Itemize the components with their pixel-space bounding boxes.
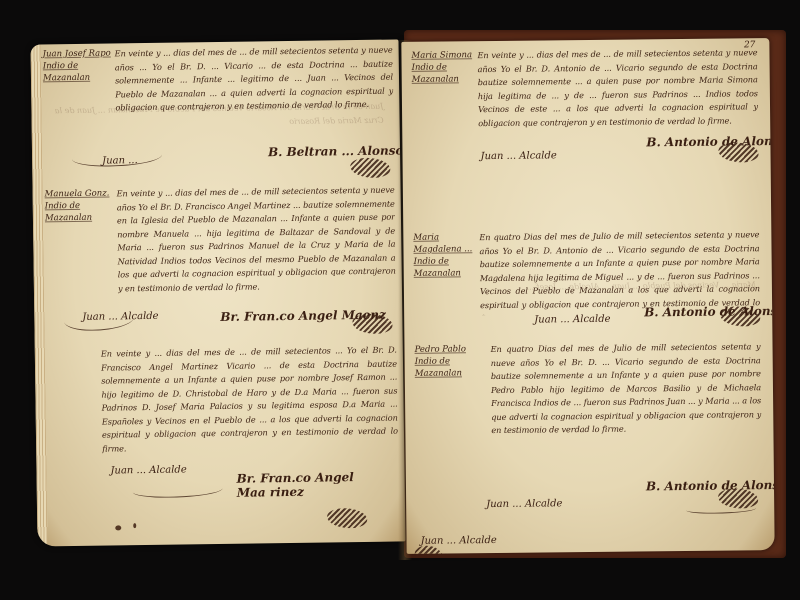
entry-text: En veinte y ... dias del mes de ... de m… — [101, 344, 399, 458]
signature: Juan ... Alcalde — [110, 464, 186, 476]
ink-stain — [133, 523, 136, 528]
ink-stain — [115, 525, 121, 530]
flourish-icon — [686, 504, 756, 514]
entry-margin-name: Juan Josef Rapo Indio de Mazanalan — [43, 47, 113, 84]
flourish-icon — [72, 147, 162, 167]
open-manuscript-book: Juan de la Cruz Maria del Rosario Vecino… — [0, 0, 800, 600]
baptism-entry: Juan Josef Rapo Indio de Mazanalan En ve… — [31, 39, 401, 184]
baptism-entry: En veinte y ... dias del mes de ... de m… — [35, 339, 406, 544]
flourish-icon — [133, 482, 223, 498]
entry-margin-name: Maria Magdalena ... Indio de Mazanalan — [413, 231, 483, 280]
signature: Juan ... Alcalde — [486, 498, 562, 510]
signature: Br. Fran.co Angel Maa rinez — [236, 470, 356, 500]
rubric-flourish-icon — [350, 158, 390, 179]
rubric-flourish-icon — [327, 508, 367, 529]
signature: B. Antonio de Alonso — [646, 134, 774, 149]
entry-text: En quatro Dias del mes de Julio de mill … — [479, 228, 760, 315]
signature: Juan ... Alcalde — [534, 314, 610, 326]
signature: Juan ... Alcalde — [480, 150, 556, 162]
entry-margin-name: Pedro Pablo Indio de Mazanalan — [414, 343, 484, 380]
signature: B. Beltran ... Alonso — [268, 143, 404, 159]
baptism-entry: Maria Simona Indio de Mazanalan En veint… — [401, 38, 771, 192]
rubric-flourish-icon — [415, 546, 443, 554]
rubric-flourish-icon — [352, 314, 392, 335]
entry-text: En veinte y ... dias del mes de ... de m… — [117, 184, 397, 312]
baptism-entry: Maria Magdalena ... Indio de Mazanalan E… — [403, 188, 772, 322]
entry-text: En veinte y ... dias del mes de ... de m… — [477, 46, 758, 145]
flourish-icon — [64, 307, 134, 331]
left-page: Juan de la Cruz Maria del Rosario Vecino… — [31, 39, 406, 546]
entry-text: En veinte y ... dias del mes de ... de m… — [115, 44, 394, 144]
baptism-entry: Pedro Pablo Indio de Mazanalan En quatro… — [404, 328, 774, 552]
right-page: 27 Maria ... Vecinos del Pueblo ... Juan… — [401, 38, 774, 554]
signature: B. Antonio de Alonso — [646, 478, 775, 493]
baptism-entry: Manuela Gonz. Indio de Mazanalan En vein… — [32, 179, 402, 344]
signature: Juan ... Alcalde — [421, 535, 497, 547]
entry-text: En quatro Dias del mes de Julio de mill … — [490, 340, 761, 483]
entry-margin-name: Maria Simona Indio de Mazanalan — [411, 49, 481, 86]
entry-margin-name: Manuela Gonz. Indio de Mazanalan — [45, 187, 115, 224]
